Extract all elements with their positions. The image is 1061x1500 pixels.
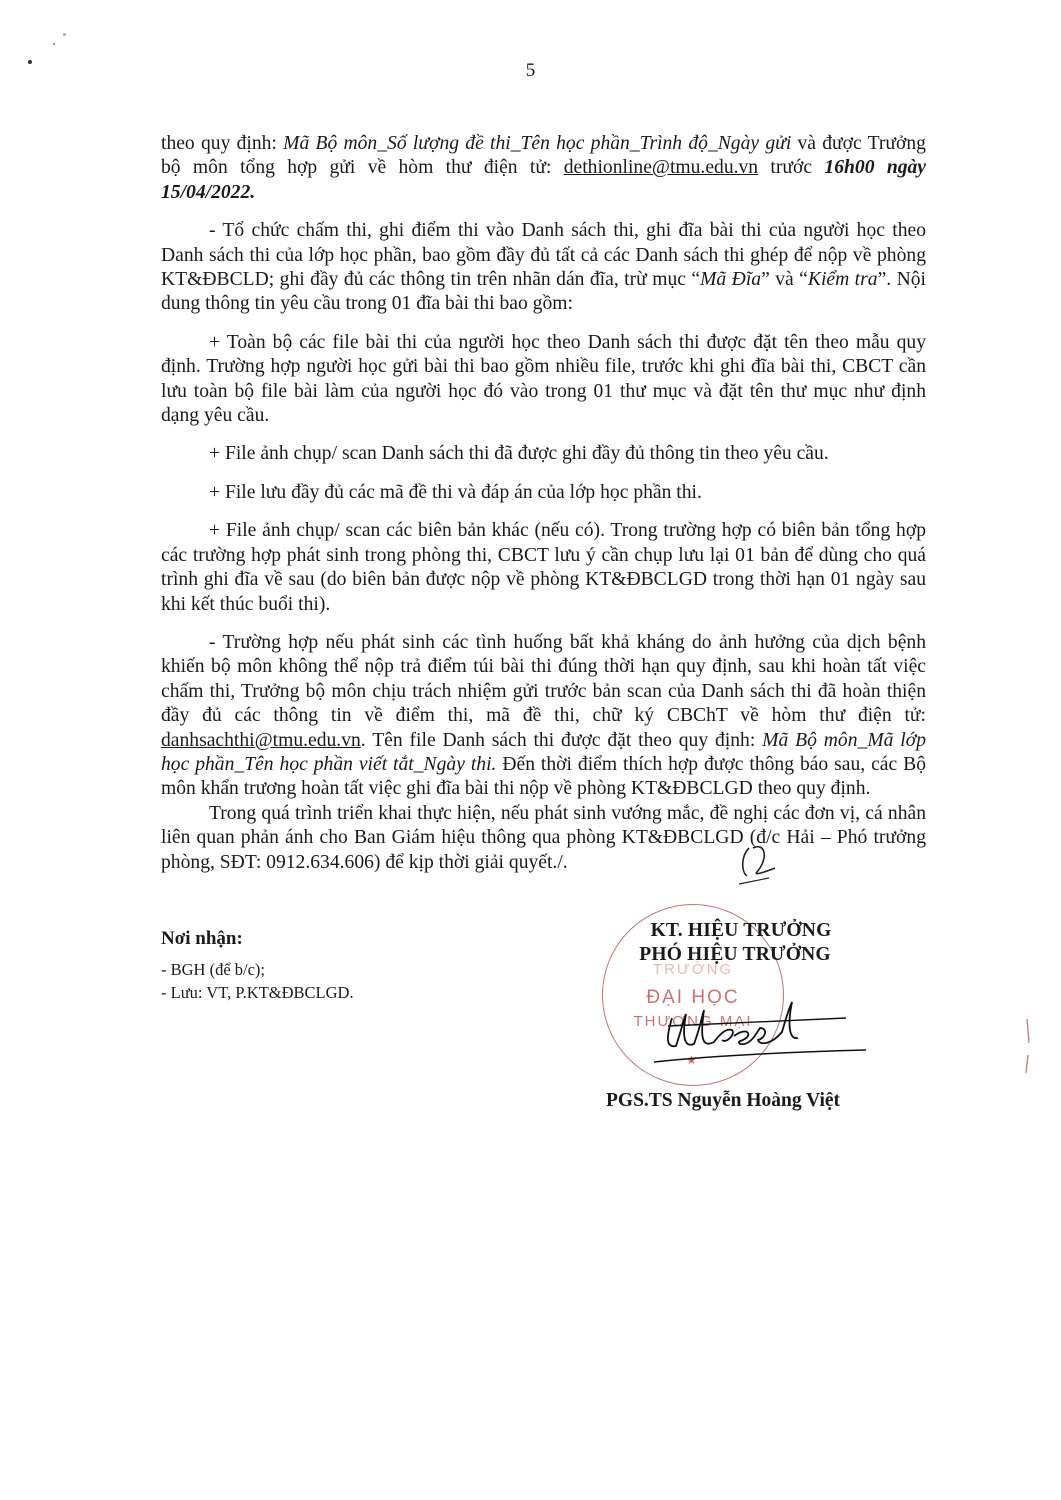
text: - Trường hợp nếu phát sinh các tình huốn… [161, 632, 926, 726]
bullet-exam-files: + Toàn bộ các file bài thi của người học… [161, 331, 926, 429]
email-link-dethionline[interactable]: dethionline@tmu.edu.vn [564, 157, 758, 178]
signature-title-line2: PHÓ HIỆU TRƯỞNG [590, 944, 880, 966]
label-ma-dia: Mã Đĩa [700, 269, 761, 290]
text: . Tên file Danh sách thi được đặt theo q… [361, 730, 762, 751]
paragraph-contact: Trong quá trình triển khai thực hiện, nế… [161, 802, 926, 875]
scan-speck [63, 33, 66, 36]
paragraph-exam-file-naming: theo quy định: Mã Bộ môn_Số lượng đề thi… [161, 132, 926, 205]
scan-edge-mark [1022, 1015, 1034, 1085]
text: ” và “ [761, 269, 808, 290]
recipients-block: Nơi nhận: - BGH (để b/c); - Lưu: VT, P.K… [161, 928, 354, 1004]
paragraph-force-majeure: - Trường hợp nếu phát sinh các tình huốn… [161, 631, 926, 802]
text: trước [758, 157, 824, 178]
bullet-exam-list-scan: + File ảnh chụp/ scan Danh sách thi đã đ… [161, 442, 926, 466]
signature-block: TRƯỜNG ĐẠI HỌC THƯƠNG MẠI ★ KT. HIỆU TRƯ… [590, 918, 890, 1118]
recipients-title: Nơi nhận: [161, 928, 354, 950]
handwritten-signature-icon [610, 988, 870, 1068]
recipient-item: - Lưu: VT, P.KT&ĐBCLGD. [161, 981, 354, 1004]
text: theo quy định: [161, 133, 283, 154]
naming-format: Mã Bộ môn_Số lượng đề thi_Tên học phần_T… [283, 133, 791, 154]
signature-title-line1: KT. HIỆU TRƯỞNG [596, 920, 886, 942]
handwritten-initial-icon [735, 838, 785, 888]
document-body: theo quy định: Mã Bộ môn_Số lượng đề thi… [161, 132, 926, 875]
bullet-exam-codes: + File lưu đầy đủ các mã đề thi và đáp á… [161, 481, 926, 505]
bullet-other-records: + File ảnh chụp/ scan các biên bản khác … [161, 519, 926, 617]
recipient-item: - BGH (để b/c); [161, 958, 354, 981]
scan-speck [53, 43, 55, 45]
page-number: 5 [0, 60, 1061, 82]
paragraph-grading: - Tổ chức chấm thi, ghi điểm thi vào Dan… [161, 219, 926, 317]
email-link-danhsachthi[interactable]: danhsachthi@tmu.edu.vn [161, 730, 361, 751]
label-kiem-tra: Kiểm tra [808, 269, 878, 290]
signer-name: PGS.TS Nguyễn Hoàng Việt [606, 1090, 840, 1112]
